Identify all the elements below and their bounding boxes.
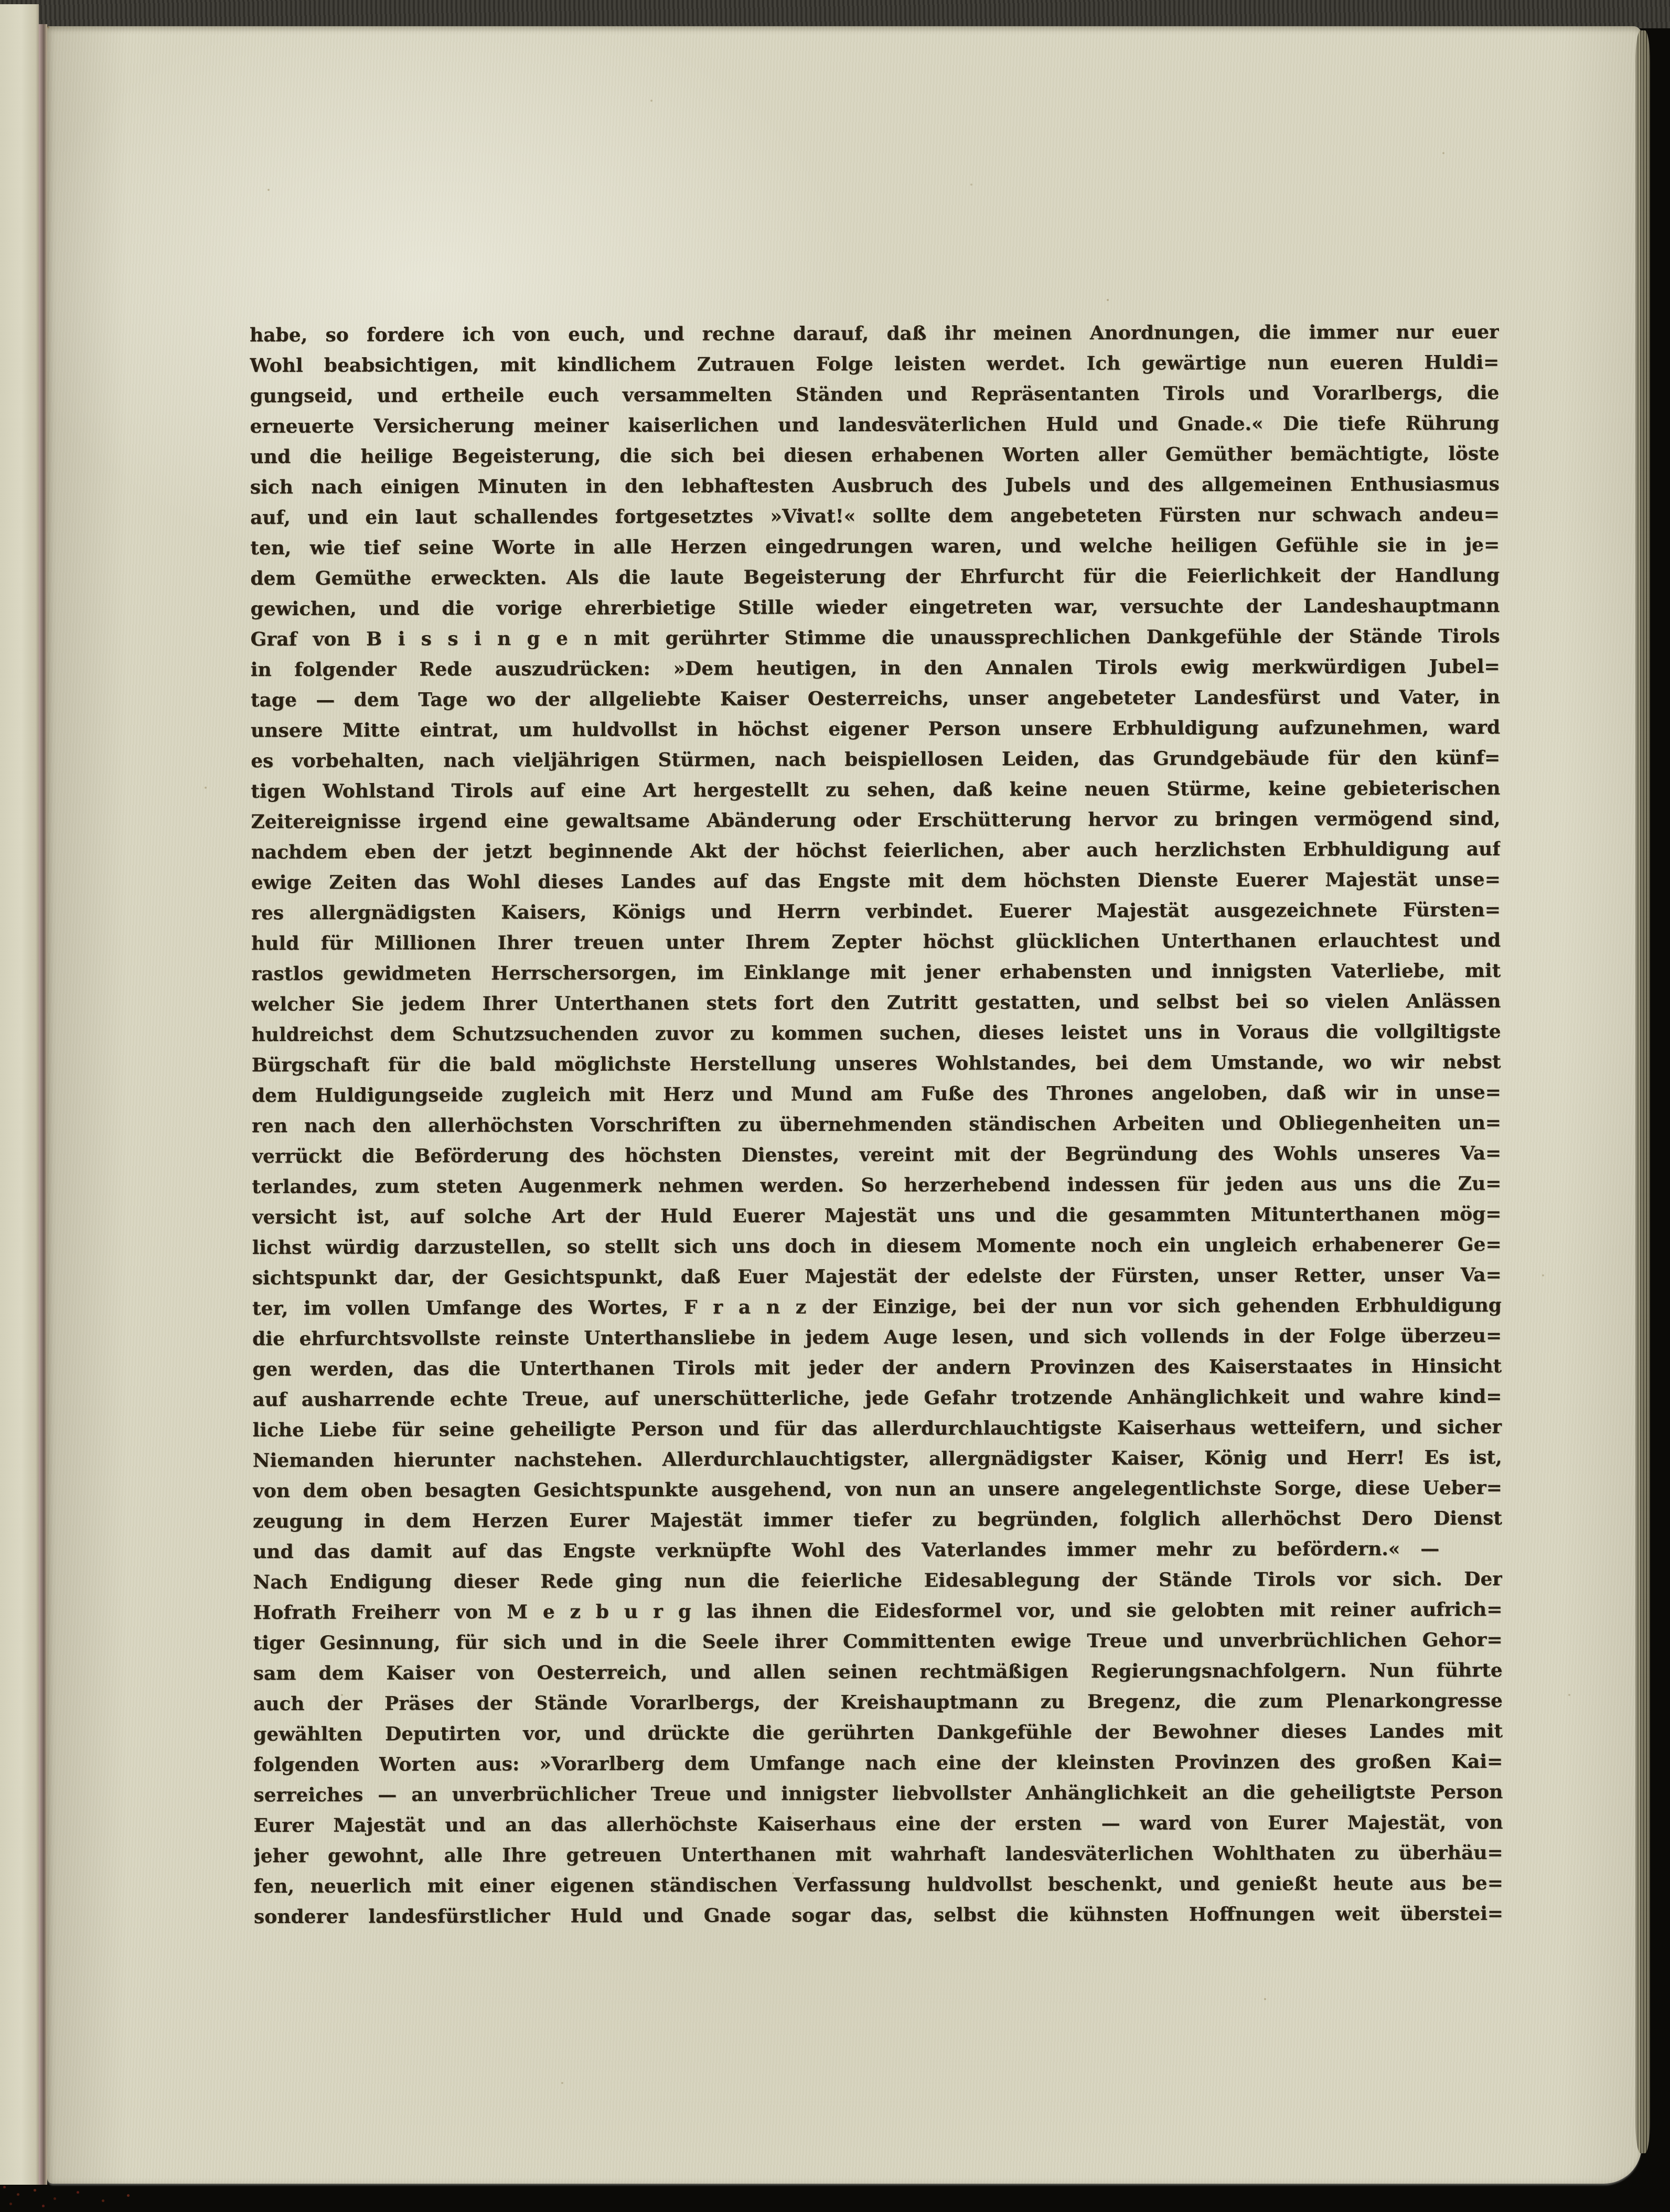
text-line: Zeitereignisse irgend eine gewaltsame Ab… — [251, 803, 1500, 837]
text-line: sichtspunkt dar, der Gesichtspunkt, daß … — [252, 1260, 1502, 1293]
text-line: auf ausharrende echte Treue, auf unersch… — [252, 1381, 1502, 1415]
text-line: sonderer landesfürstlicher Huld und Gnad… — [254, 1898, 1503, 1932]
binding-top-band — [0, 0, 1670, 28]
text-line: tiger Gesinnung, für sich und in die See… — [253, 1625, 1503, 1658]
text-line: Hofrath Freiherr von M e z b u r g las i… — [253, 1594, 1502, 1628]
text-line: terlandes, zum steten Augenmerk nehmen w… — [252, 1168, 1501, 1202]
text-line: von dem oben besagten Gesichtspunkte aus… — [253, 1473, 1502, 1506]
text-line: lichst würdig darzustellen, so stellt si… — [252, 1229, 1502, 1263]
text-line: tage — dem Tage wo der allgeliebte Kaise… — [251, 682, 1500, 715]
text-line: auf, und ein laut schallendes fortgesetz… — [250, 499, 1500, 533]
page-edge-stack — [1635, 30, 1650, 2153]
text-line: gewichen, und die vorige ehrerbietige St… — [250, 590, 1500, 624]
text-block: habe, so fordere ich von euch, und rechn… — [250, 317, 1503, 1932]
text-line: Bürgschaft für die bald möglichste Herst… — [252, 1047, 1501, 1080]
gutter-fold — [39, 24, 47, 2185]
text-line: sam dem Kaiser von Oesterreich, und alle… — [253, 1655, 1503, 1689]
text-line: Niemanden hierunter nachstehen. Allerdur… — [253, 1442, 1502, 1476]
text-line: res allergnädigsten Kaisers, Königs und … — [251, 895, 1501, 928]
text-line: ten, wie tief seine Worte in alle Herzen… — [250, 530, 1500, 563]
text-line: gewählten Deputirten vor, und drückte di… — [253, 1716, 1503, 1749]
text-line: unsere Mitte eintrat, um huldvollst in h… — [251, 712, 1500, 746]
facing-page-edge — [0, 4, 39, 2185]
text-line: und die heilige Begeisterung, die sich b… — [250, 438, 1500, 472]
text-line: versicht ist, auf solche Art der Huld Eu… — [252, 1199, 1501, 1232]
text-line: serreiches — an unverbrüchlicher Treue u… — [253, 1777, 1503, 1810]
book-scan: habe, so fordere ich von euch, und rechn… — [0, 0, 1670, 2212]
text-line: auch der Präses der Stände Vorarlbergs, … — [253, 1685, 1503, 1719]
text-line: gen werden, das die Unterthanen Tirols m… — [252, 1351, 1502, 1384]
text-line: ren nach den allerhöchsten Vorschriften … — [252, 1108, 1501, 1141]
text-line: jeher gewohnt, alle Ihre getreuen Untert… — [254, 1838, 1503, 1871]
text-line: in folgender Rede auszudrücken: »Dem heu… — [251, 651, 1500, 685]
text-line: gungseid, und ertheile euch versammelten… — [250, 378, 1499, 411]
text-line: nachdem eben der jetzt beginnende Akt de… — [251, 834, 1501, 867]
text-line: fen, neuerlich mit einer eigenen ständis… — [254, 1868, 1503, 1902]
text-line: tigen Wohlstand Tirols auf eine Art herg… — [251, 773, 1500, 807]
text-line: ewige Zeiten das Wohl dieses Landes auf … — [251, 864, 1501, 898]
text-line: Nach Endigung dieser Rede ging nun die f… — [253, 1564, 1502, 1597]
text-line: huldreichst dem Schutzsuchenden zuvor zu… — [251, 1016, 1501, 1050]
text-line: verrückt die Beförderung des höchsten Di… — [252, 1138, 1501, 1172]
text-line: huld für Millionen Ihrer treuen unter Ih… — [251, 925, 1501, 959]
text-line: dem Gemüthe erweckten. Als die laute Beg… — [250, 560, 1500, 594]
text-line: und das damit auf das Engste verknüpfte … — [253, 1533, 1502, 1567]
text-line: erneuerte Versicherung meiner kaiserlich… — [250, 408, 1499, 442]
text-line: dem Huldigungseide zugleich mit Herz und… — [252, 1077, 1501, 1111]
text-line: Wohl beabsichtigen, mit kindlichem Zutra… — [250, 347, 1499, 381]
text-line: folgenden Worten aus: »Vorarlberg dem Um… — [253, 1746, 1503, 1780]
text-line: es vorbehalten, nach vieljährigen Stürme… — [251, 743, 1500, 776]
paper-fibre-specks — [47, 26, 49, 28]
text-line: habe, so fordere ich von euch, und rechn… — [250, 317, 1499, 350]
text-line: ter, im vollen Umfange des Wortes, F r a… — [252, 1290, 1502, 1324]
text-line: Graf von B i s s i n g e n mit gerührter… — [250, 621, 1500, 654]
book-page: habe, so fordere ich von euch, und rechn… — [47, 26, 1642, 2184]
text-line: liche Liebe für seine geheiligte Person … — [252, 1412, 1502, 1445]
text-line: sich nach einigen Minuten in den lebhaft… — [250, 469, 1500, 502]
text-line: die ehrfurchtsvollste reinste Unterthans… — [252, 1320, 1502, 1354]
marbled-edge-flecks — [3, 2186, 6, 2188]
text-line: Eurer Majestät und an das allerhöchste K… — [253, 1807, 1503, 1841]
text-line: welcher Sie jedem Ihrer Unterthanen stet… — [251, 986, 1501, 1019]
text-line: zeugung in dem Herzen Eurer Majestät imm… — [253, 1503, 1502, 1537]
text-line: rastlos gewidmeten Herrschersorgen, im E… — [251, 955, 1501, 989]
